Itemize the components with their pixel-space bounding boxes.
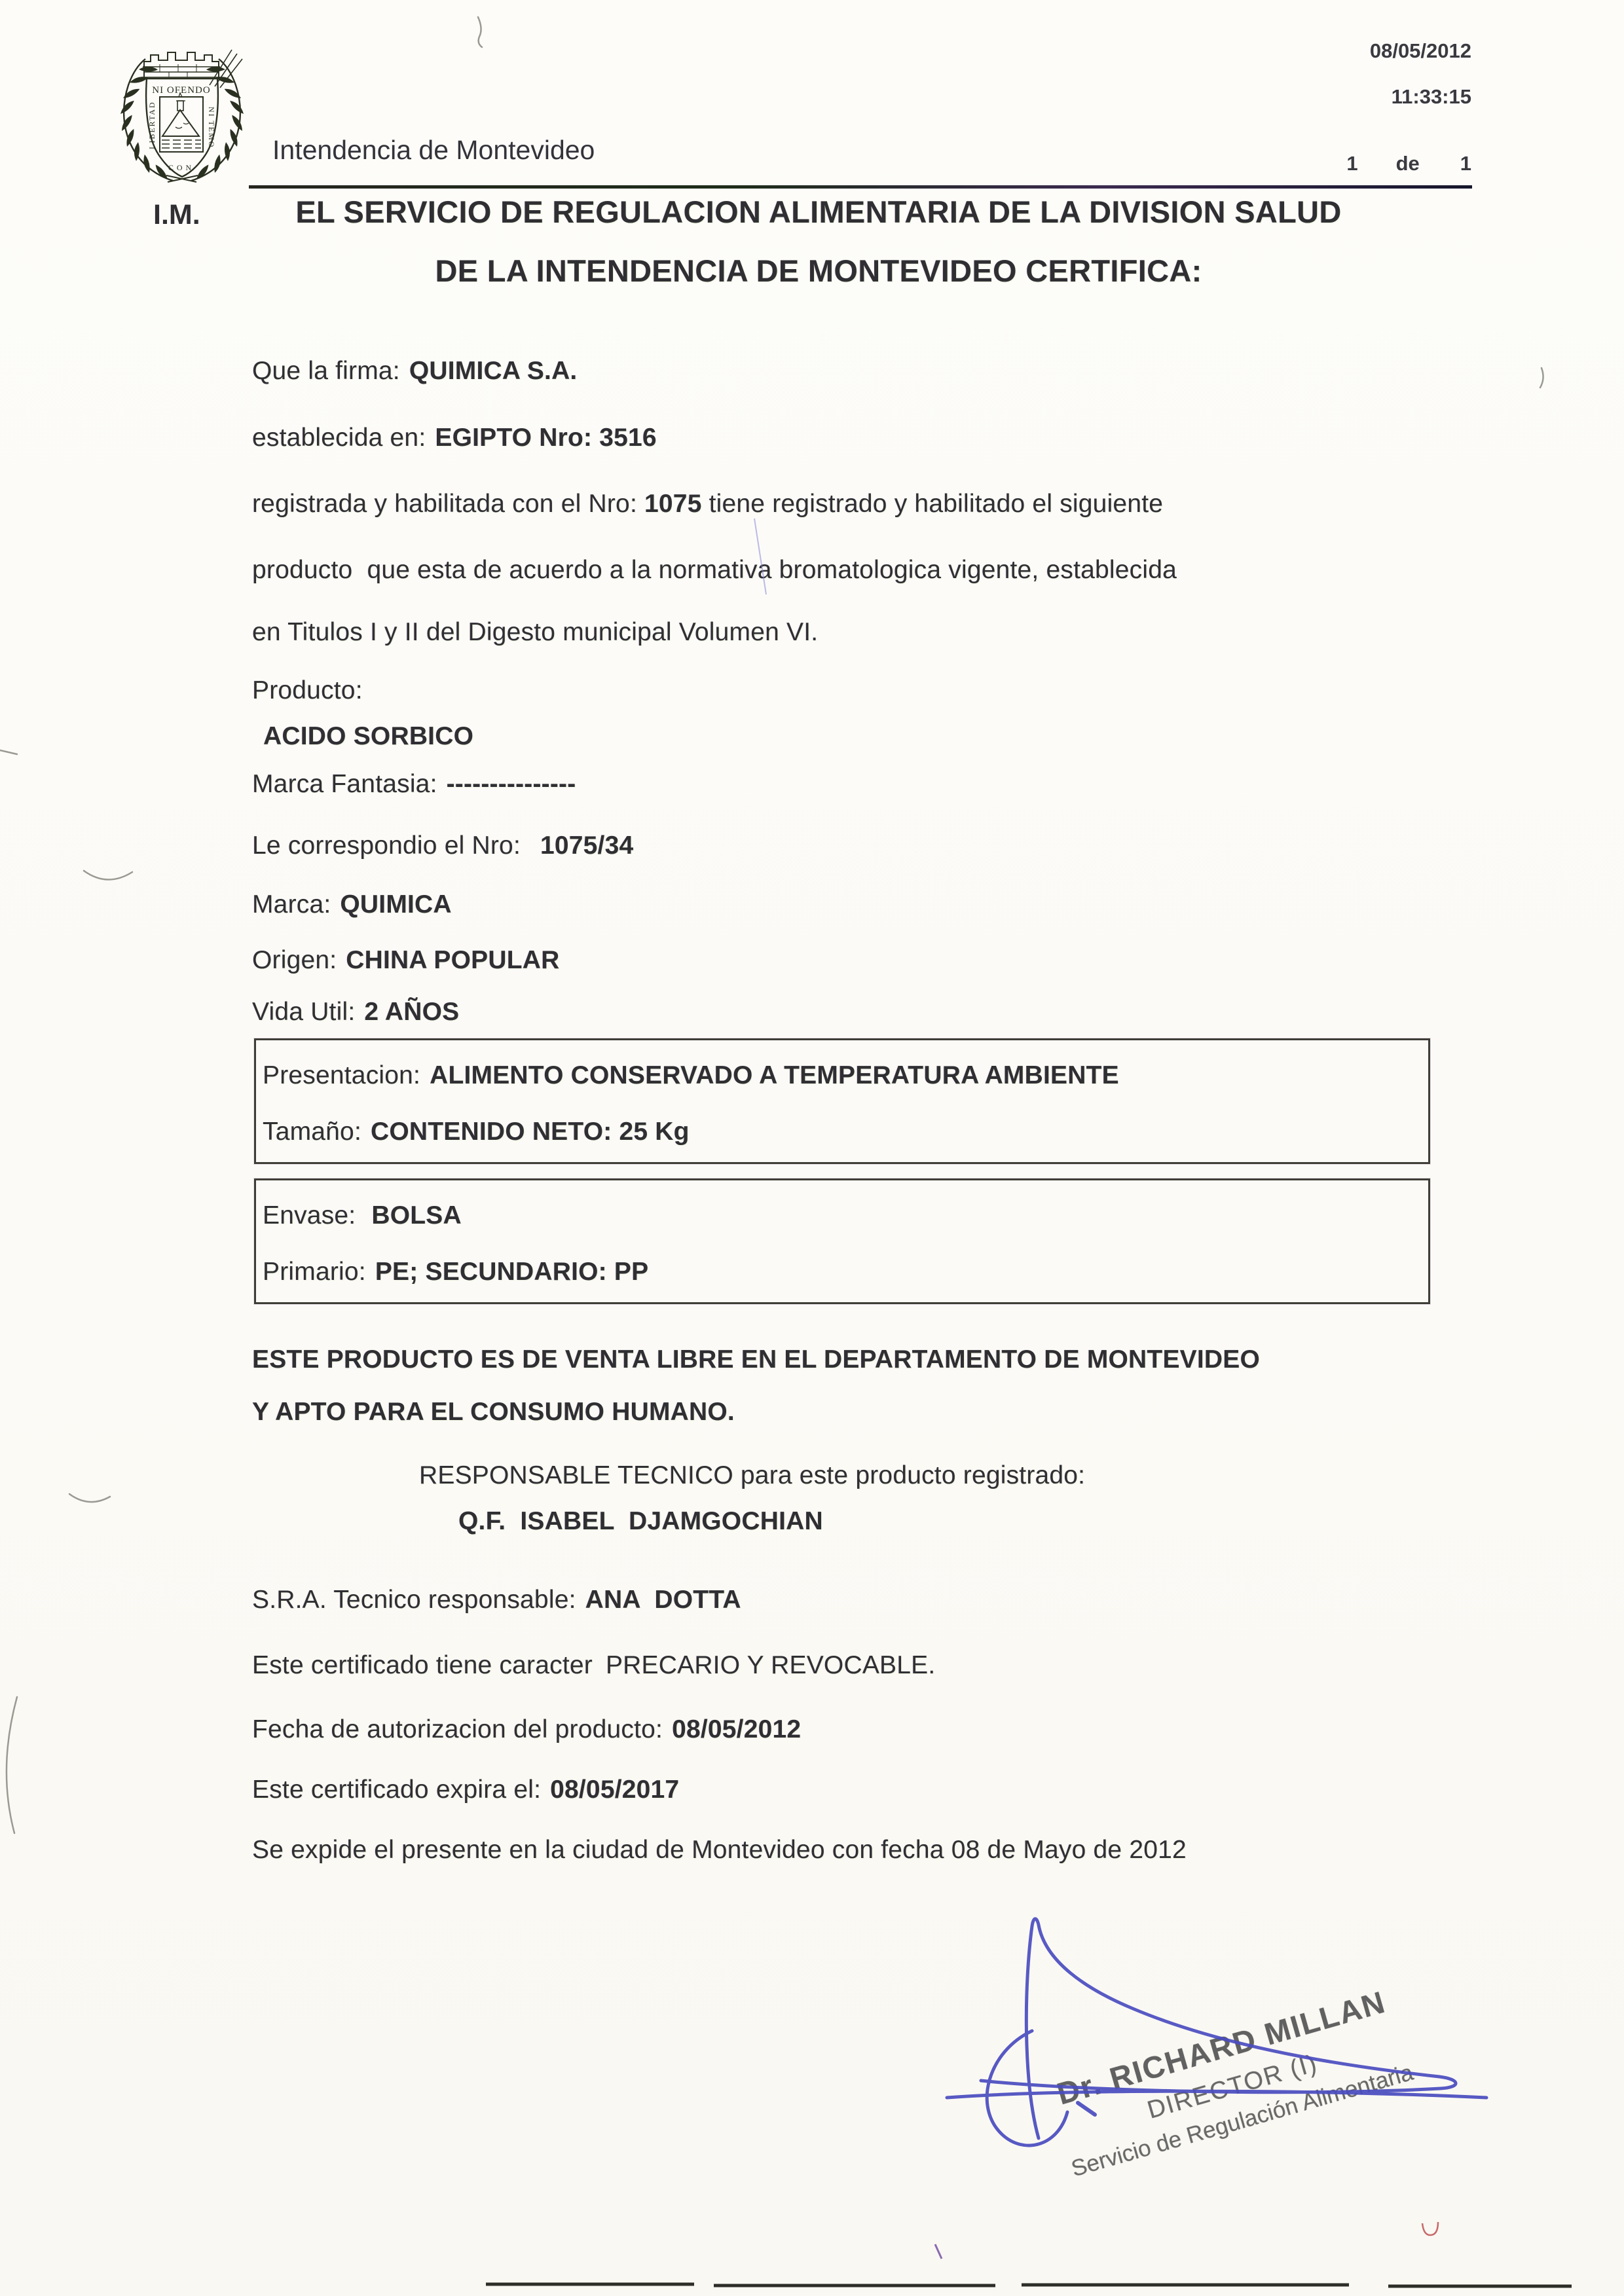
page-separator: de bbox=[1396, 152, 1420, 175]
firma-value: QUIMICA S.A. bbox=[409, 357, 578, 385]
establecida-value: EGIPTO Nro: 3516 bbox=[435, 424, 656, 452]
expira-label: Este certificado expira el: bbox=[252, 1776, 541, 1804]
firma-label: Que la firma: bbox=[252, 357, 400, 385]
responsable-line: RESPONSABLE TECNICO para este producto r… bbox=[419, 1461, 1085, 1490]
print-time: 11:33:15 bbox=[1313, 85, 1471, 109]
registrada-line-2: producto que esta de acuerdo a la normat… bbox=[252, 556, 1177, 585]
page-current: 1 bbox=[1346, 152, 1357, 175]
marca-line: Marca:QUIMICA bbox=[252, 890, 452, 919]
logo-motto-bottom: CON bbox=[168, 163, 194, 172]
scanned-certificate-page: NI OFENDO LIBERTAD NI TEMO CON Intendenc… bbox=[0, 0, 1624, 2296]
envase-label: Envase: bbox=[263, 1201, 356, 1230]
correspondio-line: Le correspondio el Nro:1075/34 bbox=[252, 831, 633, 860]
scan-mark-purple bbox=[935, 2244, 942, 2259]
sra-value: ANA DOTTA bbox=[585, 1586, 741, 1614]
registrada-line-3: en Titulos I y II del Digesto municipal … bbox=[252, 618, 818, 647]
header-rule bbox=[249, 185, 1472, 189]
establecida-label: establecida en: bbox=[252, 424, 426, 452]
logo-motto-left: LIBERTAD bbox=[147, 101, 157, 149]
print-date: 08/05/2012 bbox=[1313, 39, 1471, 63]
scan-artifact-marks bbox=[0, 17, 1543, 1833]
tamano-label: Tamaño: bbox=[263, 1118, 361, 1146]
org-name: Intendencia de Montevideo bbox=[272, 135, 595, 166]
vida-util-line: Vida Util:2 AÑOS bbox=[252, 998, 459, 1027]
title-line-1: EL SERVICIO DE REGULACION ALIMENTARIA DE… bbox=[170, 196, 1467, 227]
presentacion-line: Presentacion:ALIMENTO CONSERVADO A TEMPE… bbox=[263, 1061, 1119, 1090]
correspondio-label: Le correspondio el Nro: bbox=[252, 831, 521, 860]
registrada-pre: registrada y habilitada con el Nro: bbox=[252, 490, 644, 518]
logo-motto-right: NI TEMO bbox=[207, 107, 216, 148]
tamano-value: CONTENIDO NETO: 25 Kg bbox=[371, 1118, 690, 1146]
responsable-name: Q.F. ISABEL DJAMGOCHIAN bbox=[458, 1507, 823, 1536]
coat-of-arms-logo: NI OFENDO LIBERTAD NI TEMO CON bbox=[102, 45, 263, 189]
registrada-post: tiene registrado y habilitado el siguien… bbox=[702, 490, 1164, 518]
registrada-line-1: registrada y habilitada con el Nro: 1075… bbox=[252, 490, 1163, 519]
responsable-rest: para este producto registrado: bbox=[733, 1461, 1085, 1489]
expide-line: Se expide el presente en la ciudad de Mo… bbox=[252, 1836, 1187, 1865]
caracter-value: PRECARIO Y REVOCABLE. bbox=[606, 1651, 935, 1679]
page-indicator: 1de1 bbox=[1313, 128, 1471, 199]
envase-line: Envase:BOLSA bbox=[263, 1201, 462, 1230]
tamano-line: Tamaño:CONTENIDO NETO: 25 Kg bbox=[263, 1118, 690, 1146]
expira-line: Este certificado expira el:08/05/2017 bbox=[252, 1776, 679, 1804]
primario-value: PE; SECUNDARIO: PP bbox=[375, 1258, 648, 1286]
venta-libre-line-2: Y APTO PARA EL CONSUMO HUMANO. bbox=[252, 1398, 735, 1427]
page-total: 1 bbox=[1460, 152, 1471, 175]
origen-value: CHINA POPULAR bbox=[346, 946, 559, 974]
vida-util-label: Vida Util: bbox=[252, 998, 355, 1026]
autorizacion-line: Fecha de autorizacion del producto:08/05… bbox=[252, 1715, 801, 1744]
correspondio-value: 1075/34 bbox=[540, 831, 633, 860]
producto-value: ACIDO SORBICO bbox=[263, 722, 473, 751]
marca-label: Marca: bbox=[252, 890, 331, 919]
caracter-line: Este certificado tiene caracterPRECARIO … bbox=[252, 1651, 935, 1680]
envase-value: BOLSA bbox=[371, 1201, 462, 1230]
expira-value: 08/05/2017 bbox=[550, 1776, 679, 1804]
certificate-title: EL SERVICIO DE REGULACION ALIMENTARIA DE… bbox=[170, 196, 1467, 286]
responsable-caps: RESPONSABLE TECNICO bbox=[419, 1461, 733, 1489]
registro-number: 1075 bbox=[644, 490, 702, 518]
autorizacion-value: 08/05/2012 bbox=[672, 1715, 801, 1743]
venta-libre-line-1: ESTE PRODUCTO ES DE VENTA LIBRE EN EL DE… bbox=[252, 1345, 1260, 1374]
origen-line: Origen:CHINA POPULAR bbox=[252, 946, 559, 975]
vida-util-value: 2 AÑOS bbox=[364, 998, 459, 1026]
bottom-scan-edge bbox=[486, 2284, 1572, 2286]
marca-fantasia-value: --------------- bbox=[447, 770, 576, 798]
presentacion-box: Presentacion:ALIMENTO CONSERVADO A TEMPE… bbox=[254, 1038, 1430, 1164]
marca-value: QUIMICA bbox=[340, 890, 451, 919]
firma-line: Que la firma:QUIMICA S.A. bbox=[252, 357, 577, 386]
presentacion-label: Presentacion: bbox=[263, 1061, 420, 1089]
origen-label: Origen: bbox=[252, 946, 337, 974]
logo-motto-top: NI OFENDO bbox=[152, 85, 210, 96]
primario-label: Primario: bbox=[263, 1258, 366, 1286]
envase-box: Envase:BOLSA Primario:PE; SECUNDARIO: PP bbox=[254, 1178, 1430, 1304]
scan-mark-red bbox=[1422, 2222, 1438, 2235]
primario-line: Primario:PE; SECUNDARIO: PP bbox=[263, 1258, 648, 1286]
director-stamp: Dr. RICHARD MILLAN DIRECTOR (I) Servicio… bbox=[996, 1967, 1466, 2197]
producto-label: Producto: bbox=[252, 676, 363, 705]
marca-fantasia-line: Marca Fantasia:--------------- bbox=[252, 770, 576, 799]
sra-label: S.R.A. Tecnico responsable: bbox=[252, 1586, 576, 1614]
autorizacion-label: Fecha de autorizacion del producto: bbox=[252, 1715, 663, 1743]
title-line-2: DE LA INTENDENCIA DE MONTEVIDEO CERTIFIC… bbox=[170, 255, 1467, 286]
establecida-line: establecida en:EGIPTO Nro: 3516 bbox=[252, 424, 657, 452]
presentacion-value: ALIMENTO CONSERVADO A TEMPERATURA AMBIEN… bbox=[430, 1061, 1119, 1089]
sra-line: S.R.A. Tecnico responsable:ANA DOTTA bbox=[252, 1586, 741, 1614]
caracter-label: Este certificado tiene caracter bbox=[252, 1651, 593, 1679]
print-info: 08/05/2012 11:33:15 1de1 bbox=[1313, 39, 1471, 199]
marca-fantasia-label: Marca Fantasia: bbox=[252, 770, 437, 798]
